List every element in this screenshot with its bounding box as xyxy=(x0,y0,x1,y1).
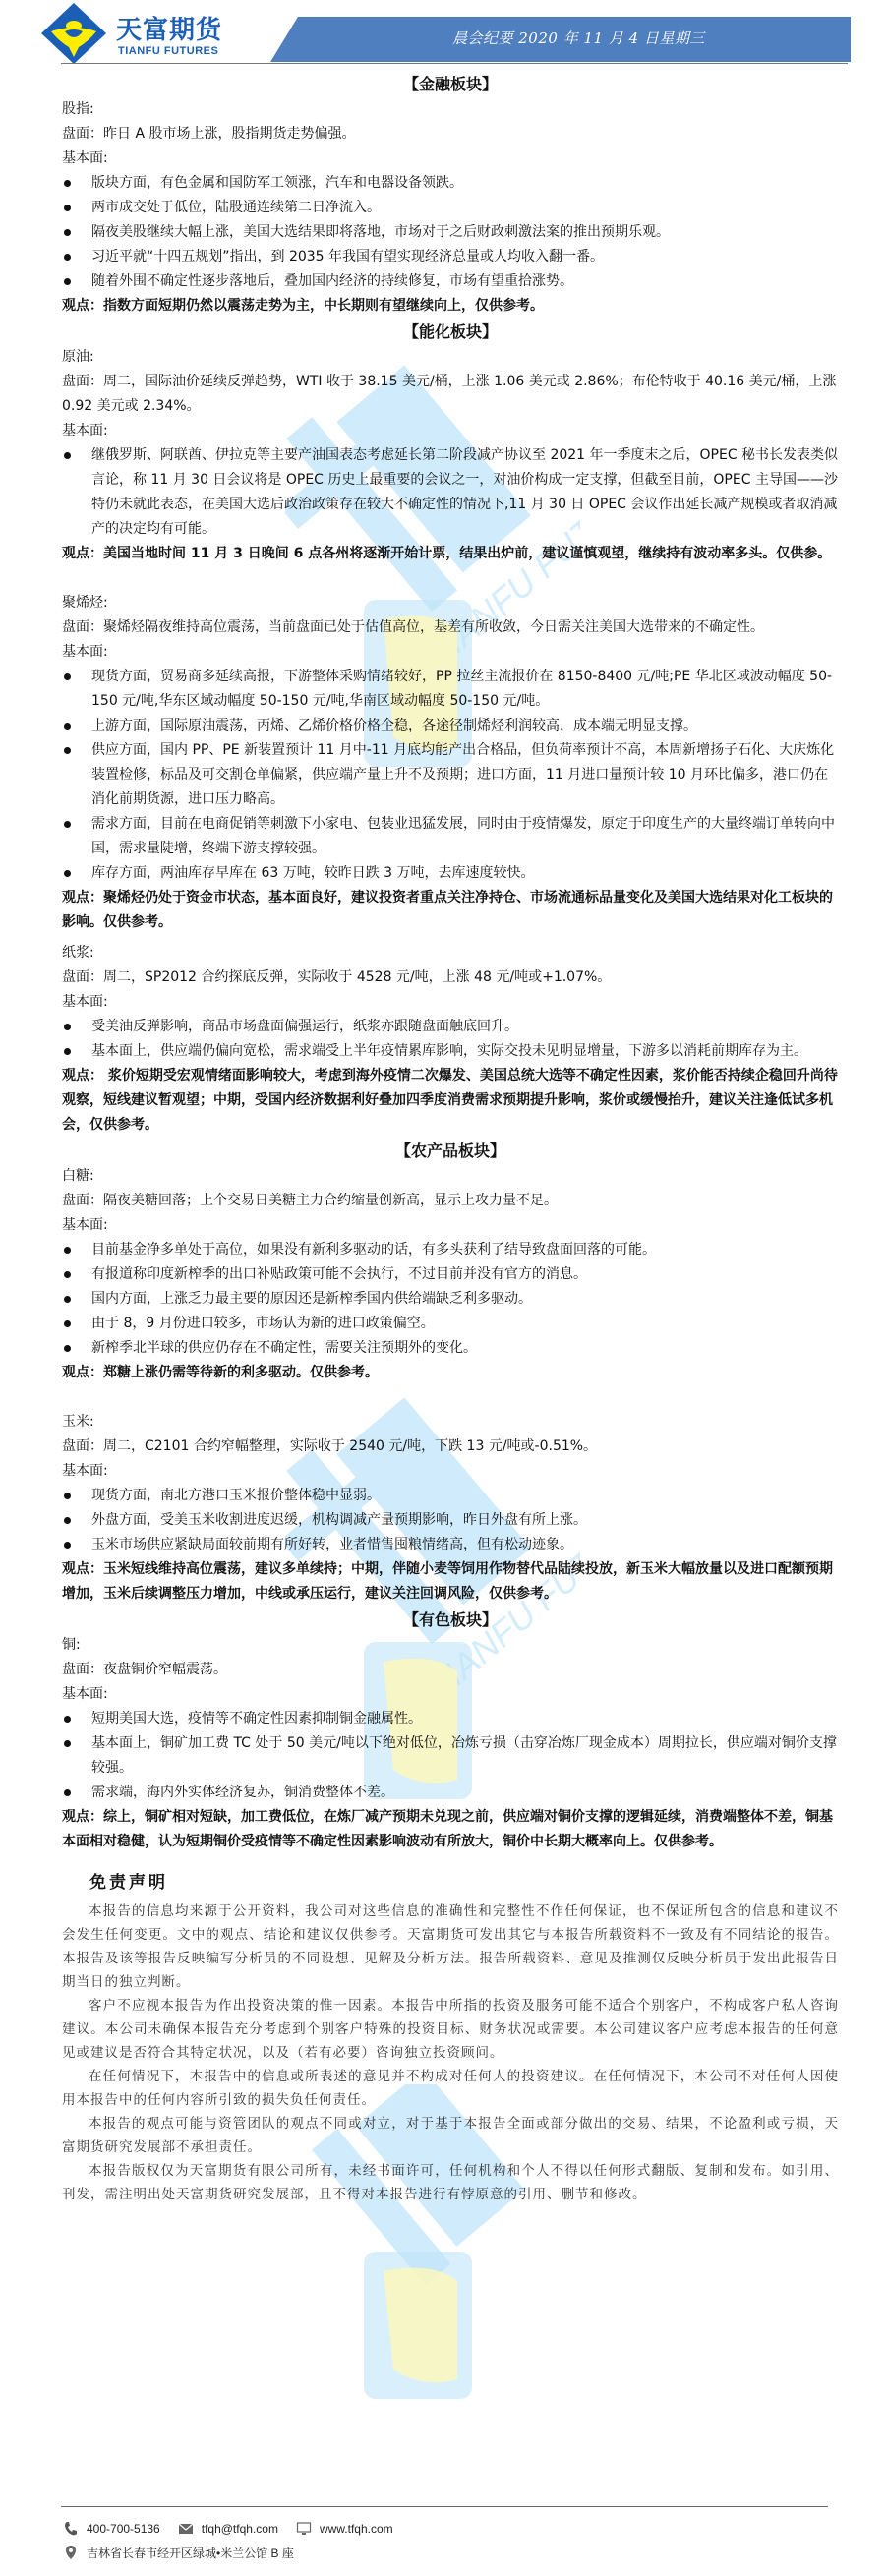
bullet-item: 基本面上，供应端仍偏向宽松，需求端受上半年疫情累库影响，实际交投未见明显增量，下… xyxy=(62,1039,839,1064)
email-contact[interactable]: tfqh@tfqh.com xyxy=(178,2521,278,2537)
bullet-item: 国内方面，上涨乏力最主要的原因还是新榨季国内供给端缺乏利多驱动。 xyxy=(62,1287,839,1312)
fundamentals-label: 基本面: xyxy=(62,990,839,1015)
email-address[interactable]: tfqh@tfqh.com xyxy=(202,2522,278,2536)
view-conclusion: 观点：美国当地时间 11 月 3 日晚间 6 点各州将逐渐开始计票，结果出炉前，… xyxy=(62,542,839,566)
fundamentals-label: 基本面: xyxy=(62,1459,839,1484)
view-conclusion: 观点：指数方面短期仍然以震荡走势为主，中长期则有望继续向上，仅供参考。 xyxy=(62,294,839,319)
bullet-item: 隔夜美股继续大幅上涨，美国大选结果即将落地，市场对于之后财政刺激法案的推出预期乐… xyxy=(62,220,839,245)
office-address: 吉林省长春市经开区绿城•米兰公馆 B 座 xyxy=(87,2545,294,2561)
disclaimer-paragraph: 在任何情况下，本报告中的信息或所表述的意见并不构成对任何人的投资建议。在任何情况… xyxy=(62,2065,839,2112)
bullet-item: 短期美国大选，疫情等不确定性因素抑制铜金融属性。 xyxy=(62,1707,839,1731)
bullet-item: 继俄罗斯、阿联酋、伊拉克等主要产油国表态考虑延长第二阶段减产协议至 2021 年… xyxy=(62,443,839,542)
date-banner-text: 晨会纪要 2020 年 11 月 4 日星期三 xyxy=(452,28,705,48)
fundamentals-label: 基本面: xyxy=(62,640,839,665)
bullet-item: 基本面上，铜矿加工费 TC 处于 50 美元/吨以下绝对低位，冶炼亏损（击穿冶炼… xyxy=(62,1731,839,1781)
disclaimer-title: 免责声明 xyxy=(62,1866,839,1900)
section-title-finance: 【金融板块】 xyxy=(62,71,839,97)
website-contact[interactable]: www.tfqh.com xyxy=(296,2521,393,2537)
logo-chinese-name: 天富期货 xyxy=(116,10,222,46)
fundamentals-label: 基本面: xyxy=(62,146,839,171)
website-link[interactable]: www.tfqh.com xyxy=(320,2522,393,2536)
bullet-item: 外盘方面，受美玉米收割进度迟缓，机构调减产量预期影响，昨日外盘有所上涨。 xyxy=(62,1508,839,1533)
market-summary: 盘面：周二，国际油价延续反弹趋势，WTI 收于 38.15 美元/桶，上涨 1.… xyxy=(62,370,839,419)
contact-footer: 400-700-5136 tfqh@tfqh.com www.tfqh.com … xyxy=(63,2517,830,2564)
bullet-item: 目前基金净多单处于高位，如果没有新利多驱动的话，有多头获利了结导致盘面回落的可能… xyxy=(62,1238,839,1262)
commodity-name: 铜: xyxy=(62,1633,839,1658)
fundamentals-label: 基本面: xyxy=(62,1682,839,1707)
bullet-item: 上游方面，国际原油震荡，丙烯、乙烯价格价格企稳，各途径制烯烃利润较高，成本端无明… xyxy=(62,714,839,738)
commodity-stock-index: 股指: 盘面：昨日 A 股市场上涨，股指期货走势偏强。 基本面: 版块方面，有色… xyxy=(62,97,839,319)
commodity-name: 原油: xyxy=(62,345,839,370)
view-conclusion: 观点：综上，铜矿相对短缺，加工费低位，在炼厂减产预期未兑现之前，供应端对铜价支撑… xyxy=(62,1805,839,1854)
market-summary: 盘面：昨日 A 股市场上涨，股指期货走势偏强。 xyxy=(62,122,839,146)
bullet-item: 由于 8，9 月份进口较多，市场认为新的进口政策偏空。 xyxy=(62,1312,839,1336)
bullet-item: 现货方面，贸易商多延续高报，下游整体采购情绪较好，PP 拉丝主流报价在 8150… xyxy=(62,665,839,714)
address-contact: 吉林省长春市经开区绿城•米兰公馆 B 座 xyxy=(63,2545,294,2561)
commodity-name: 聚烯烃: xyxy=(62,591,839,615)
phone-icon xyxy=(63,2521,79,2537)
disclaimer-paragraph: 本报告的信息均来源于公开资料，我公司对这些信息的准确性和完整性不作任何保证，也不… xyxy=(62,1900,839,1994)
fundamentals-label: 基本面: xyxy=(62,1213,839,1238)
report-header: 天富期货 TIANFU FUTURES 晨会纪要 2020 年 11 月 4 日… xyxy=(0,0,887,69)
view-conclusion: 观点：聚烯烃仍处于资金市状态，基本面良好，建议投资者重点关注净持仓、市场流通标品… xyxy=(62,886,839,935)
phone-contact: 400-700-5136 xyxy=(63,2521,160,2537)
bullet-item: 供应方面，国内 PP、PE 新装置预计 11 月中-11 月底均能产出合格品，但… xyxy=(62,738,839,812)
bullet-item: 新榨季北半球的供应仍存在不确定性，需要关注预期外的变化。 xyxy=(62,1336,839,1361)
market-summary: 盘面：聚烯烃隔夜维持高位震荡，当前盘面已处于估值高位，基差有所收敛，今日需关注美… xyxy=(62,615,839,640)
disclaimer-paragraph: 本报告的观点可能与资管团队的观点不同或对立，对于基于本报告全面或部分做出的交易、… xyxy=(62,2112,839,2159)
commodity-name: 白糖: xyxy=(62,1164,839,1189)
commodity-pulp: 纸浆: 盘面：周二，SP2012 合约探底反弹，实际收于 4528 元/吨，上涨… xyxy=(62,941,839,1138)
bullet-item: 库存方面，两油库存早库在 63 万吨，较昨日跌 3 万吨，去库速度较快。 xyxy=(62,861,839,886)
bullet-item: 现货方面，南北方港口玉米报价整体稳中显弱。 xyxy=(62,1484,839,1508)
disclaimer-paragraph: 客户不应视本报告为作出投资决策的惟一因素。本报告中所指的投资及服务可能不适合个别… xyxy=(62,1994,839,2065)
commodity-polyolefin: 聚烯烃: 盘面：聚烯烃隔夜维持高位震荡，当前盘面已处于估值高位，基差有所收敛，今… xyxy=(62,591,839,935)
section-title-metals: 【有色板块】 xyxy=(62,1607,839,1633)
bullet-item: 需求方面，目前在电商促销等刺激下小家电、包装业迅猛发展，同时由于疫情爆发，原定于… xyxy=(62,812,839,861)
monitor-icon xyxy=(296,2521,312,2537)
view-conclusion: 观点： 浆价短期受宏观情绪面影响较大，考虑到海外疫情二次爆发、美国总统大选等不确… xyxy=(62,1064,839,1138)
commodity-sugar: 白糖: 盘面：隔夜美糖回落；上个交易日美糖主力合约缩量创新高，显示上攻力量不足。… xyxy=(62,1164,839,1385)
fundamentals-label: 基本面: xyxy=(62,419,839,443)
report-body: 【金融板块】 股指: 盘面：昨日 A 股市场上涨，股指期货走势偏强。 基本面: … xyxy=(62,71,839,2206)
bullet-item: 两市成交处于低位，陆股通连续第二日净流入。 xyxy=(62,196,839,220)
location-pin-icon xyxy=(63,2545,79,2560)
header-divider xyxy=(61,63,848,64)
bullet-item: 随着外围不确定性逐步落地后，叠加国内经济的持续修复，市场有望重拾涨势。 xyxy=(62,269,839,294)
commodity-corn: 玉米: 盘面：周二，C2101 合约窄幅整理，实际收于 2540 元/吨，下跌 … xyxy=(62,1410,839,1607)
commodity-copper: 铜: 盘面：夜盘铜价窄幅震荡。 基本面: 短期美国大选，疫情等不确定性因素抑制铜… xyxy=(62,1633,839,1854)
disclaimer-paragraph: 本报告版权仅为天富期货有限公司所有，未经书面许可，任何机构和个人不得以任何形式翻… xyxy=(62,2159,839,2206)
spacer xyxy=(62,1385,839,1410)
market-summary: 盘面：周二，C2101 合约窄幅整理，实际收于 2540 元/吨，下跌 13 元… xyxy=(62,1434,839,1459)
spacer xyxy=(62,566,839,591)
logo-english-name: TIANFU FUTURES xyxy=(118,45,218,57)
commodity-name: 玉米: xyxy=(62,1410,839,1434)
market-summary: 盘面：隔夜美糖回落；上个交易日美糖主力合约缩量创新高，显示上攻力量不足。 xyxy=(62,1189,839,1213)
email-icon xyxy=(178,2521,194,2537)
commodity-crude-oil: 原油: 盘面：周二，国际油价延续反弹趋势，WTI 收于 38.15 美元/桶，上… xyxy=(62,345,839,566)
commodity-name: 纸浆: xyxy=(62,941,839,966)
footer-divider xyxy=(61,2506,828,2507)
bullet-item: 版块方面，有色金属和国防军工领涨，汽车和电器设备领跌。 xyxy=(62,171,839,196)
commodity-name: 股指: xyxy=(62,97,839,122)
bullet-item: 需求端，海内外实体经济复苏，铜消费整体不差。 xyxy=(62,1781,839,1805)
market-summary: 盘面：周二，SP2012 合约探底反弹，实际收于 4528 元/吨，上涨 48 … xyxy=(62,966,839,990)
phone-number: 400-700-5136 xyxy=(87,2522,160,2536)
bullet-item: 有报道称印度新榨季的出口补贴政策可能不会执行，不过目前并没有官方的消息。 xyxy=(62,1262,839,1287)
market-summary: 盘面：夜盘铜价窄幅震荡。 xyxy=(62,1658,839,1682)
tianfu-logo-icon xyxy=(39,2,108,65)
view-conclusion: 观点：郑糖上涨仍需等待新的利多驱动。仅供参考。 xyxy=(62,1361,839,1385)
view-conclusion: 观点：玉米短线维持高位震荡，建议多单续持；中期，伴随小麦等饲用作物替代品陆续投放… xyxy=(62,1557,839,1607)
bullet-item: 受美油反弹影响，商品市场盘面偏强运行，纸浆亦跟随盘面触底回升。 xyxy=(62,1015,839,1039)
section-title-energy: 【能化板块】 xyxy=(62,319,839,345)
bullet-item: 玉米市场供应紧缺局面较前期有所好转，业者惜售囤粮情绪高，但有松动迹象。 xyxy=(62,1533,839,1557)
bullet-item: 习近平就“十四五规划”指出，到 2035 年我国有望实现经济总量或人均收入翻一番… xyxy=(62,245,839,269)
section-title-agri: 【农产品板块】 xyxy=(62,1138,839,1164)
